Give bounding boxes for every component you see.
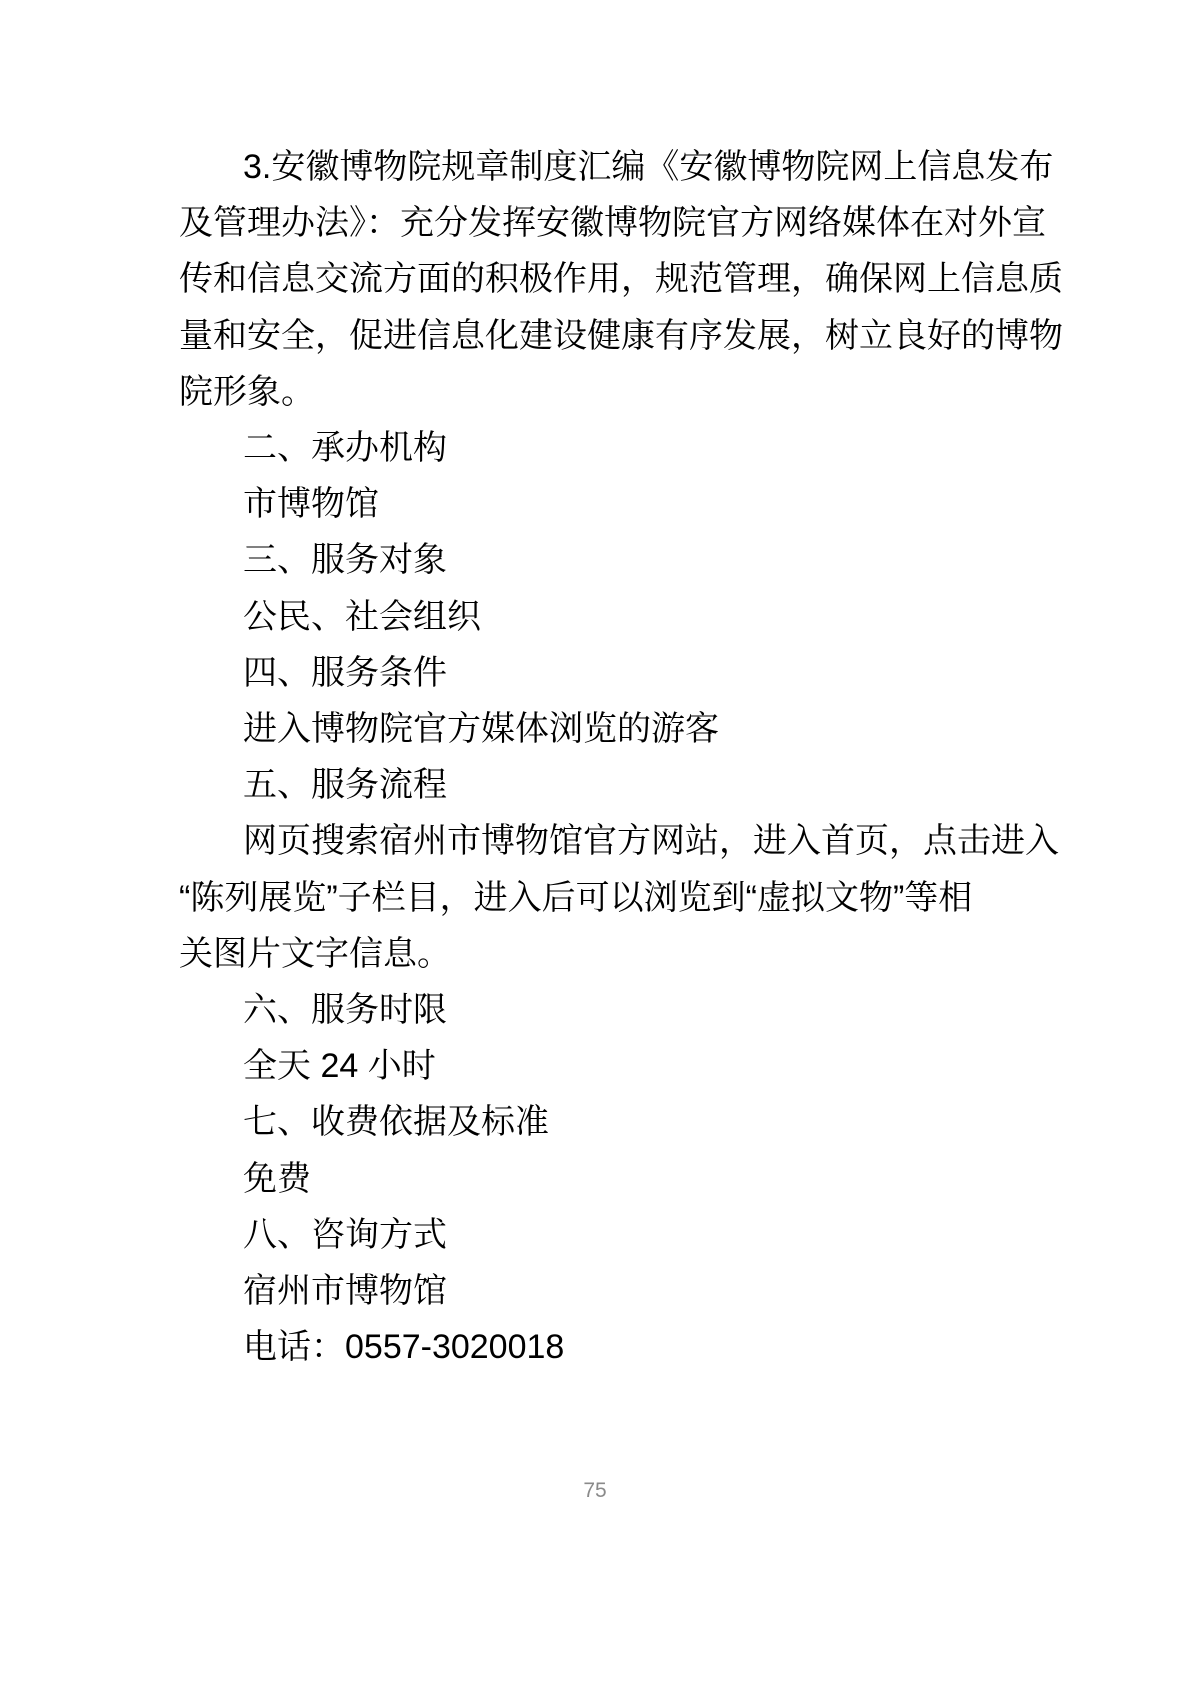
para-regulations-line-1: 3.安徽博物院规章制度汇编《安徽博物院网上信息发布 — [179, 139, 1019, 195]
heading-5-service-process: 五、服务流程 — [179, 757, 1019, 813]
text-fee: 免费 — [179, 1151, 1019, 1207]
text-service-condition: 进入博物院官方媒体浏览的游客 — [179, 701, 1019, 757]
para-regulations-line-3: 传和信息交流方面的积极作用，规范管理，确保网上信息质 — [179, 251, 1019, 307]
para-regulations-line-4: 量和安全，促进信息化建设健康有序发展，树立良好的博物 — [179, 308, 1019, 364]
text-contact-name: 宿州市博物馆 — [179, 1263, 1019, 1319]
para-service-process-line-1: 网页搜索宿州市博物馆官方网站，进入首页，点击进入 — [179, 813, 1019, 869]
para-service-process-line-3: 关图片文字信息。 — [179, 926, 1019, 982]
heading-2-organizer: 二、承办机构 — [179, 420, 1019, 476]
page-number: 75 — [0, 1479, 1190, 1503]
document-body: 3.安徽博物院规章制度汇编《安徽博物院网上信息发布 及管理办法》：充分发挥安徽博… — [179, 139, 1019, 1375]
heading-3-service-target: 三、服务对象 — [179, 532, 1019, 588]
heading-6-service-time: 六、服务时限 — [179, 982, 1019, 1038]
heading-4-service-condition: 四、服务条件 — [179, 645, 1019, 701]
document-page: 3.安徽博物院规章制度汇编《安徽博物院网上信息发布 及管理办法》：充分发挥安徽博… — [0, 0, 1190, 1683]
para-service-process-line-2: “陈列展览”子栏目，进入后可以浏览到“虚拟文物”等相 — [179, 870, 1019, 926]
text-organizer: 市博物馆 — [179, 476, 1019, 532]
text-contact-phone: 电话：0557-3020018 — [179, 1319, 1019, 1375]
text-service-time: 全天 24 小时 — [179, 1038, 1019, 1094]
para-regulations-line-2: 及管理办法》：充分发挥安徽博物院官方网络媒体在对外宣 — [179, 195, 1019, 251]
text-service-target: 公民、社会组织 — [179, 589, 1019, 645]
para-regulations-line-5: 院形象。 — [179, 364, 1019, 420]
heading-7-fee-standard: 七、收费依据及标准 — [179, 1094, 1019, 1150]
heading-8-contact: 八、咨询方式 — [179, 1207, 1019, 1263]
